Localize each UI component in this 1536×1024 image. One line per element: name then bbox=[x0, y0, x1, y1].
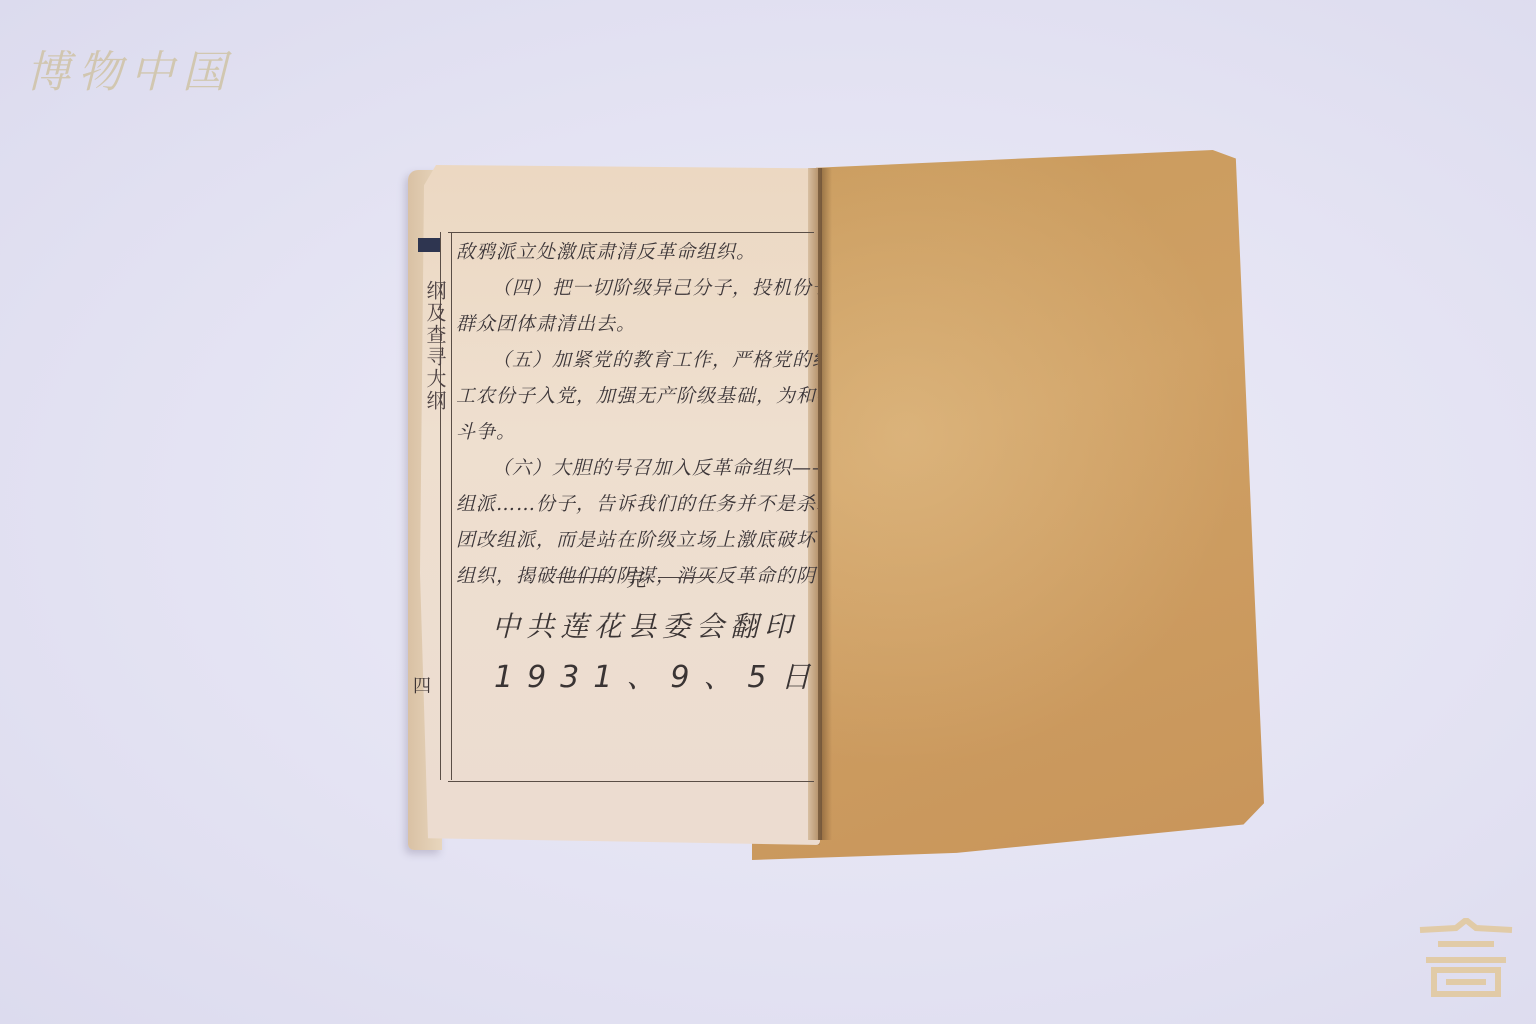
end-mark: 完 bbox=[556, 563, 716, 592]
handwritten-text: 敌鸦派立处激底肃清反革命组织。 （四）把一切阶级异己分子，投机份子清洗出党政权机… bbox=[456, 234, 818, 594]
cover-shadow bbox=[818, 168, 832, 840]
text-line: 组派……份子，告诉我们的任务并不是杀尽一切AB bbox=[456, 486, 818, 522]
text-line: 斗争。 bbox=[456, 414, 818, 450]
text-line: （六）大胆的号召加入反革命组织——AB团改 bbox=[456, 450, 818, 486]
margin-title: 纲及查寻大纲 bbox=[420, 280, 446, 412]
text-line: 团改组派，而是站在阶级立场上激底破坏他们的 bbox=[456, 522, 818, 558]
publisher-line: 中共莲花县委会翻印 bbox=[492, 605, 798, 645]
date-line: 1931、9、5日 bbox=[494, 652, 825, 696]
text-line: （五）加紧党的教育工作，严格党的纪律，大胆地吸收 bbox=[456, 342, 818, 378]
text-line: 工农份子入党，加强无产阶级基础，为和不计私党的 bbox=[456, 378, 818, 414]
text-line: （四）把一切阶级异己分子，投机份子清洗出党政权机关 bbox=[456, 270, 818, 306]
watermark-logo: 博物中国 bbox=[26, 36, 234, 100]
text-line: 敌鸦派立处激底肃清反革命组织。 bbox=[456, 234, 818, 270]
museum-roof-icon bbox=[1416, 918, 1516, 998]
text-line: 群众团体肃清出去。 bbox=[456, 306, 818, 342]
spine-label-mark bbox=[418, 238, 440, 252]
page-number: 四 bbox=[413, 672, 431, 698]
